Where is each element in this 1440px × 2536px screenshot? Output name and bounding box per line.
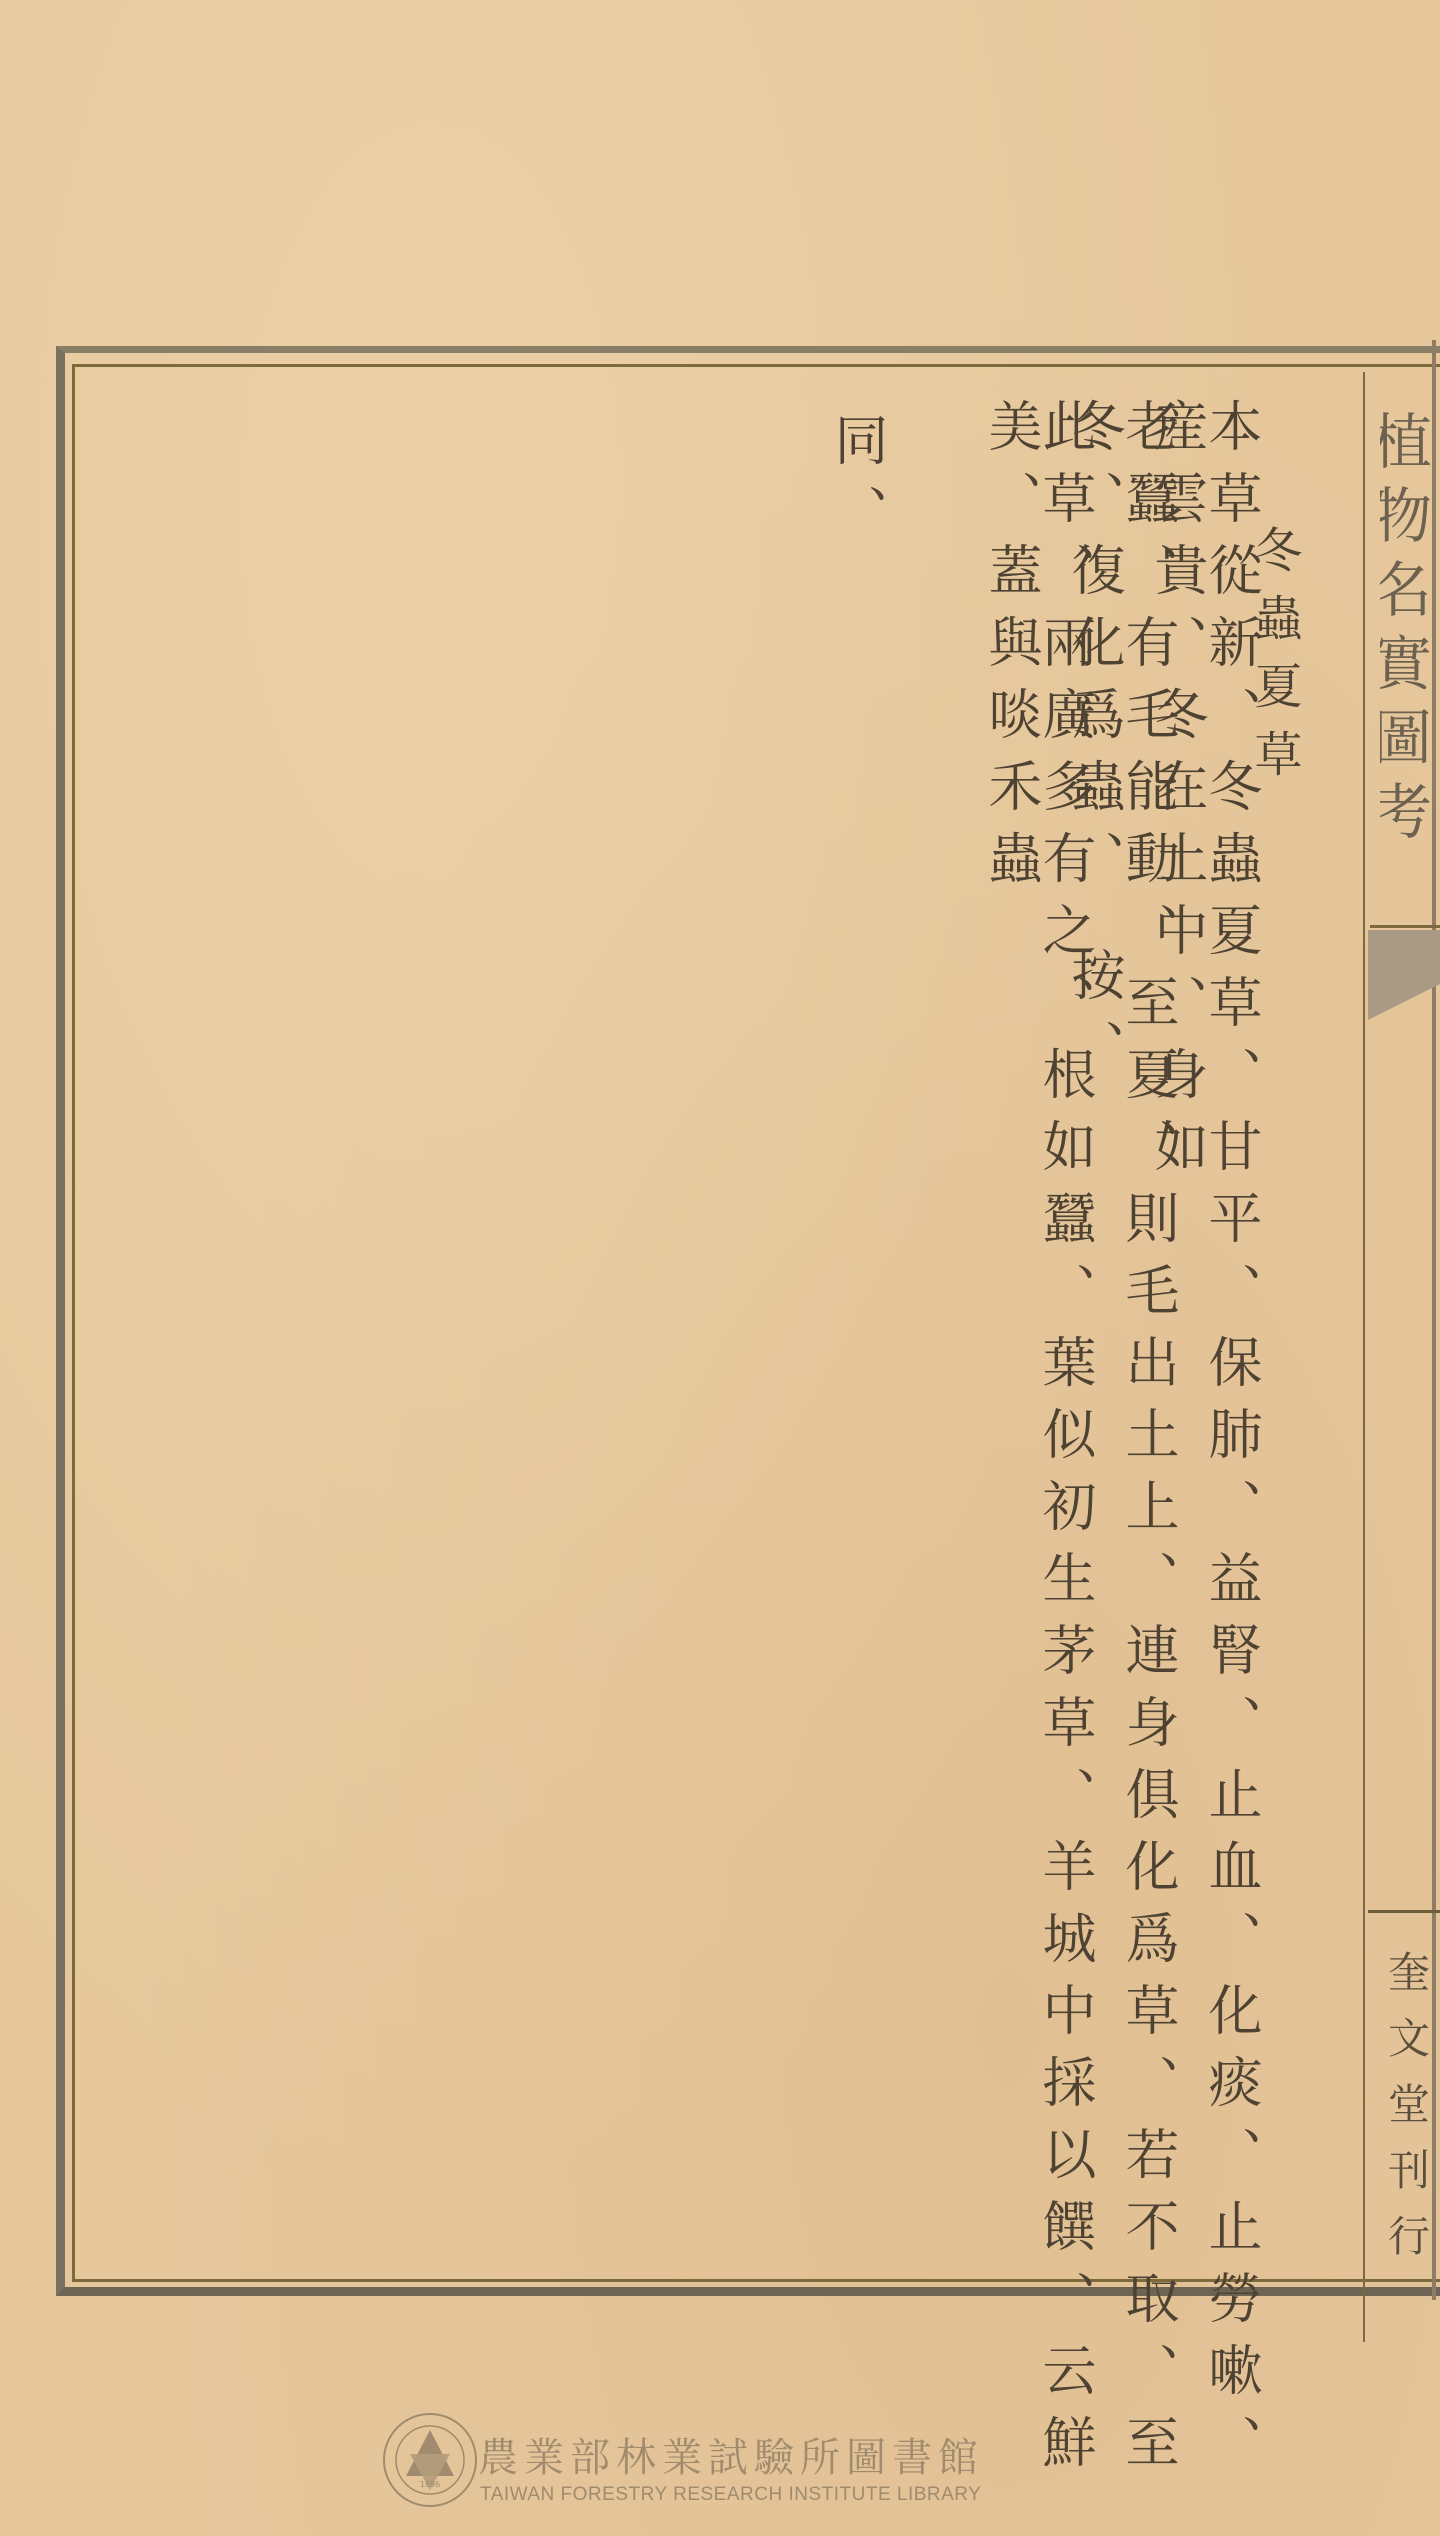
text-column-3: 此草、兩廣多有之、根如蠶、葉似初生茅草、羊城中採以饌、云鮮美、蓋與啖禾蟲: [984, 398, 1092, 2536]
publisher-box-rule: [1368, 1910, 1440, 1913]
publisher-imprint: 奎文堂刊行: [1376, 1950, 1436, 2280]
svg-text:1896: 1896: [420, 2480, 440, 2489]
text-column-4: 同、: [830, 412, 884, 556]
library-name-chinese: 農業部林業試驗所圖書館: [478, 2426, 984, 2483]
fishtail-rule: [1370, 925, 1440, 928]
institute-seal-icon: 1896: [380, 2410, 480, 2510]
library-watermark: 1896 農業部林業試驗所圖書館 TAIWAN FORESTRY RESEARC…: [370, 2400, 1090, 2536]
margin-divider: [1363, 372, 1365, 2342]
book-title: 植物名實圖考: [1380, 410, 1440, 950]
book-page: 植物名實圖考 奎文堂刊行 冬蟲夏草 本草從新、冬蟲夏草、甘平、保肺、益腎、止血、…: [0, 0, 1440, 2536]
library-name-english: TAIWAN FORESTRY RESEARCH INSTITUTE LIBRA…: [480, 2484, 981, 2506]
